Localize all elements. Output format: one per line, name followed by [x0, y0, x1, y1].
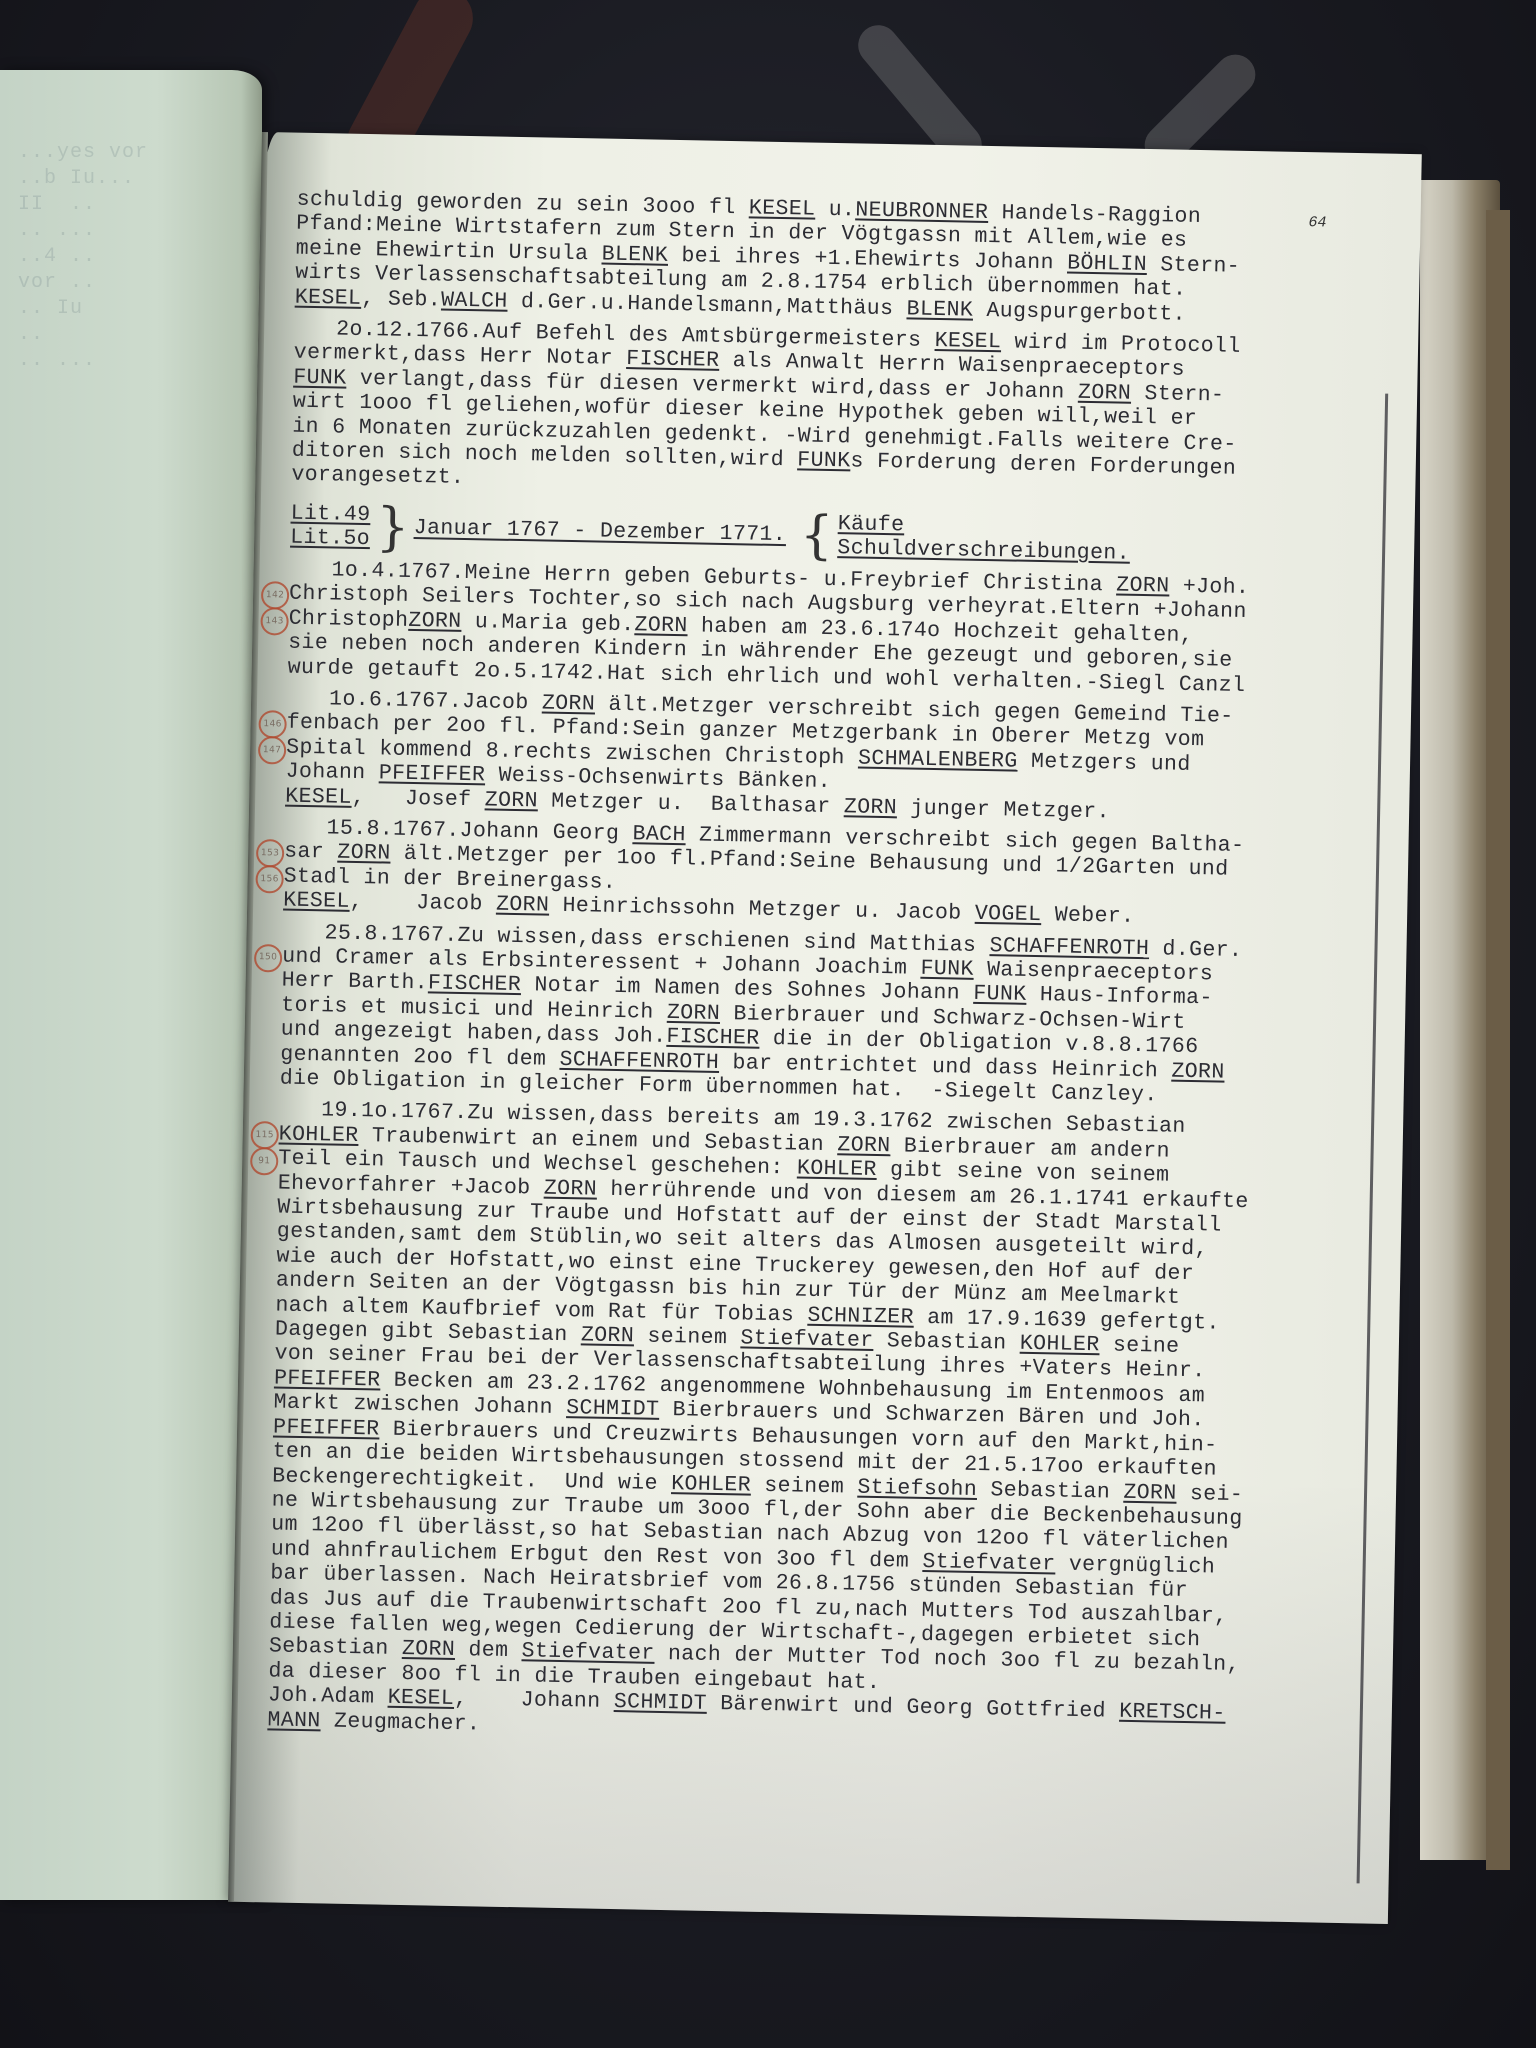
brace-icon: { — [800, 511, 834, 560]
margin-annotation-circle: 146 — [258, 710, 287, 739]
margin-annotation-circle: 147 — [258, 736, 287, 765]
margin-annotation-circle: 150 — [254, 944, 283, 973]
lit-ref: Lit.5o — [290, 525, 370, 551]
entries-list: 1o.4.1767.Meine Herrn geben Geburts- u.F… — [267, 557, 1394, 1753]
left-page: ...yes vor ..b Iu... II .. .. ... ..4 ..… — [0, 70, 262, 1900]
book-cover-edge — [1486, 210, 1510, 1870]
entry-1766: 2o.12.1766.Auf Befehl des Amtsbürgermeis… — [291, 317, 1399, 509]
lit-ref: Lit.49 — [290, 501, 370, 527]
margin-annotation-circle: 143 — [260, 607, 289, 636]
date-range: Januar 1767 - Dezember 1771. — [414, 516, 787, 548]
entry-continued: schuldig geworden zu sein 3ooo fl KESEL … — [295, 188, 1402, 331]
left-page-bleed-text: ...yes vor ..b Iu... II .. .. ... ..4 ..… — [18, 140, 238, 1840]
entry-25.8.1767: 25.8.1767.Zu wissen,dass erschienen sind… — [280, 920, 1388, 1112]
brace-icon: } — [376, 503, 410, 552]
entry-1o.6.1767: 1o.6.1767.Jacob ZORN ält.Metzger verschr… — [285, 686, 1392, 829]
margin-annotation-circle: 91 — [250, 1147, 279, 1176]
topics: Käufe Schuldverschreibungen. — [837, 512, 1131, 566]
margin-annotation-circle: 115 — [250, 1121, 279, 1150]
entry-1o.4.1767: 1o.4.1767.Meine Herrn geben Geburts- u.F… — [287, 557, 1394, 700]
document-body: schuldig geworden zu sein 3ooo fl KESEL … — [267, 188, 1402, 1761]
right-page: 64 schuldig geworden zu sein 3ooo fl KES… — [228, 132, 1422, 1924]
topic: Schuldverschreibungen. — [837, 536, 1130, 566]
entry-15.8.1767: 15.8.1767.Johann Georg BACH Zimmermann v… — [283, 816, 1390, 935]
entry-19.1o.1767: 19.1o.1767.Zu wissen,dass bereits am 19.… — [267, 1098, 1384, 1754]
margin-annotation-circle: 153 — [256, 839, 285, 868]
margin-annotation-circle: 156 — [255, 865, 284, 894]
margin-annotation-circle: 142 — [261, 581, 290, 610]
lit-references: Lit.49 Lit.5o — [290, 501, 371, 551]
